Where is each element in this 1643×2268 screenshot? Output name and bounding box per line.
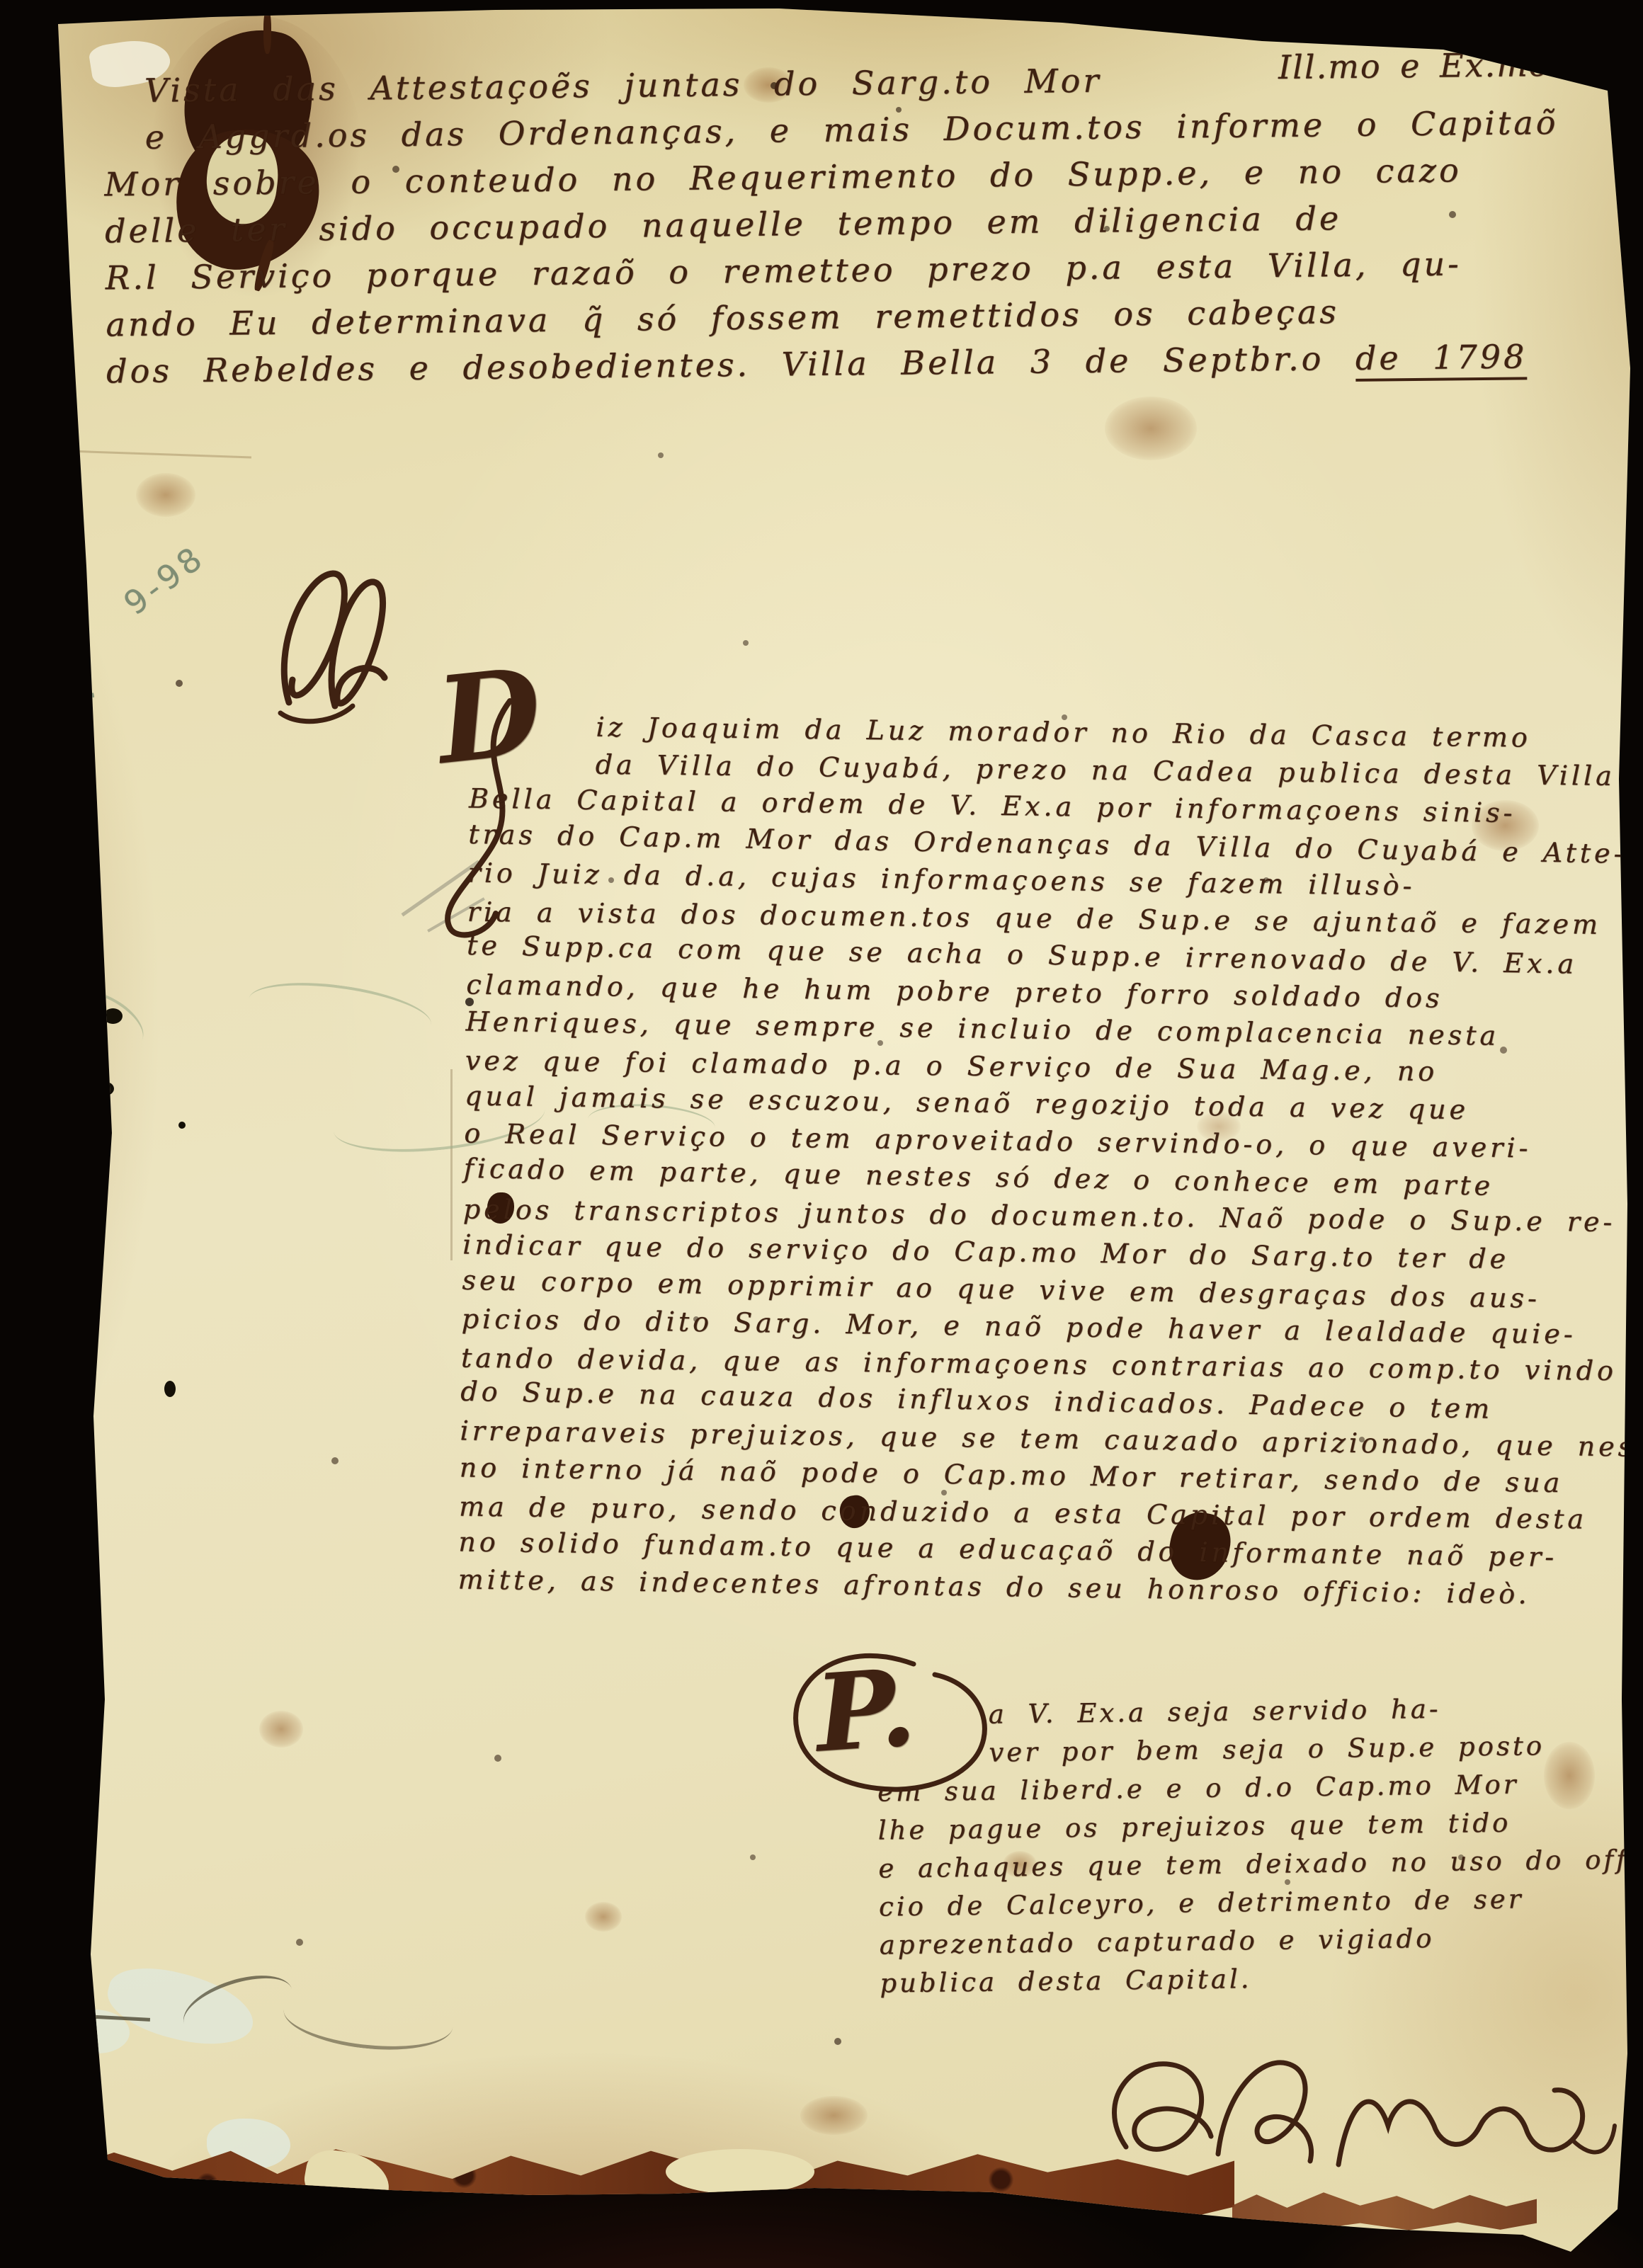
worm-hole — [98, 1082, 114, 1095]
worm-track — [245, 973, 435, 1050]
bottom-edge-gap — [300, 2146, 394, 2216]
foxing-stain — [585, 1902, 622, 1932]
worm-hole — [76, 1109, 86, 1118]
bottom-edge-gap — [666, 2149, 814, 2194]
foxing-stain — [1105, 397, 1197, 460]
foxing-stain — [136, 473, 195, 517]
despatch-body: e Aggrd.os das Ordenanças, e mais Docum.… — [103, 98, 1642, 348]
paper-crease — [67, 450, 251, 458]
petition-text: iz Joaquim da Luz morador no Rio da Casc… — [457, 705, 1643, 1614]
salutation: Ill.mo e Ex.mo Snr. — [1278, 40, 1640, 91]
closing-body: ver por bem seja o Sup.e postoem sua lib… — [877, 1726, 1638, 2002]
manuscript-page: Vista das Attestaçoẽs juntas do Sarg.to … — [0, 0, 1643, 2268]
worm-track — [81, 2019, 94, 2079]
pencil-annotation-number: 5. — [59, 664, 99, 710]
worm-track — [57, 979, 153, 1060]
despatch-note: Vista das Attestaçoẽs juntas do Sarg.to … — [103, 52, 1643, 395]
date-year-underlined: de 1798 — [1355, 337, 1528, 382]
despatch-line-text: Vista das Attestaçoẽs juntas do Sarg.to … — [144, 62, 1102, 110]
worm-hole — [178, 1122, 186, 1129]
worm-hole — [164, 1381, 176, 1397]
signature-rubric-erm — [1084, 2034, 1636, 2211]
fly-specks — [0, 0, 4, 4]
closing-text: a V. Ex.a seja servido ha- ver por bem s… — [876, 1687, 1637, 2002]
worm-track — [280, 1980, 456, 2058]
foxing-stain — [259, 1711, 303, 1748]
petition-body: da Villa do Cuyabá, prezo na Cadea publi… — [457, 743, 1643, 1614]
date-text: dos Rebeldes e desobedientes. Villa Bell… — [106, 339, 1355, 390]
pencil-annotation-code: 9-98 — [117, 537, 212, 622]
paraph-monogram — [268, 561, 416, 731]
photo-backdrop: Vista das Attestaçoẽs juntas do Sarg.to … — [0, 0, 1643, 2268]
foxing-stain — [800, 2096, 868, 2135]
ink-blot-spike — [263, 10, 271, 54]
